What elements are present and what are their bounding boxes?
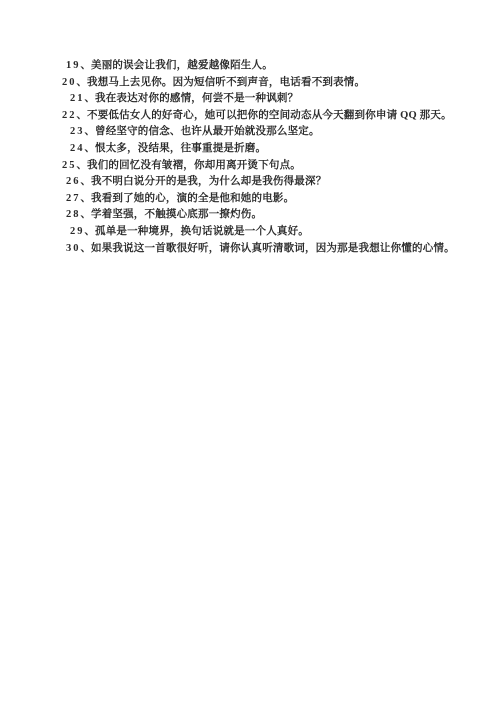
sentence-line: 21、我在表达对你的感情，何尝不是一种讽刺？ xyxy=(70,91,460,108)
sentence-number: 29 xyxy=(70,226,85,237)
sentence-number: 30 xyxy=(66,243,81,254)
sentence-number: 25 xyxy=(62,160,77,171)
sentence-line: 23、曾经坚守的信念、也许从最开始就没那么坚定。 xyxy=(70,124,460,141)
sentence-text: 我看到了她的心，演的全是他和她的电影。 xyxy=(91,193,294,204)
sentence-line: 25、我们的回忆没有皱褶，你却用离开烫下句点。 xyxy=(62,158,460,175)
sentence-line: 26、我不明白说分开的是我，为什么却是我伤得最深？ xyxy=(66,174,460,191)
sentence-text: 不要低估女人的好奇心，她可以把你的空间动态从今天翻到你申请 QQ 那天。 xyxy=(87,110,452,121)
sentence-number: 24 xyxy=(70,143,85,154)
sentence-number: 23 xyxy=(70,126,85,137)
sentence-separator: 、 xyxy=(85,93,96,104)
sentence-text: 曾经坚守的信念、也许从最开始就没那么坚定。 xyxy=(95,126,320,137)
sentence-number: 22 xyxy=(62,110,77,121)
sentence-text: 我想马上去见你。因为短信听不到声音，电话看不到表情。 xyxy=(87,77,365,88)
sentence-separator: 、 xyxy=(81,243,92,254)
sentence-number: 21 xyxy=(70,93,85,104)
sentence-line: 24、恨太多，没结果，往事重提是折磨。 xyxy=(70,141,460,158)
sentence-text: 如果我说这一首歌很好听，请你认真听清歌词，因为那是我想让你懂的心情。 xyxy=(91,243,455,254)
sentence-separator: 、 xyxy=(85,143,96,154)
sentence-number: 20 xyxy=(62,77,77,88)
sentence-separator: 、 xyxy=(77,160,88,171)
sentence-text: 美丽的误会让我们，越爱越像陌生人。 xyxy=(91,60,273,71)
sentence-text: 孤单是一种境界，换句话说就是一个人真好。 xyxy=(95,226,309,237)
sentence-text: 学着坚强，不触摸心底那一撩灼伤。 xyxy=(91,209,262,220)
sentence-text: 我在表达对你的感情，何尝不是一种讽刺？ xyxy=(95,93,298,104)
sentence-separator: 、 xyxy=(77,77,88,88)
sentence-separator: 、 xyxy=(81,176,92,187)
sentence-line: 19、美丽的误会让我们，越爱越像陌生人。 xyxy=(66,58,460,75)
sentence-number: 26 xyxy=(66,176,81,187)
sentence-separator: 、 xyxy=(81,209,92,220)
sentence-text: 我们的回忆没有皱褶，你却用离开烫下句点。 xyxy=(87,160,301,171)
sentence-separator: 、 xyxy=(85,226,96,237)
sentence-line: 30、如果我说这一首歌很好听，请你认真听清歌词，因为那是我想让你懂的心情。 xyxy=(66,241,460,258)
sentence-line: 27、我看到了她的心，演的全是他和她的电影。 xyxy=(66,191,460,208)
sentence-line: 22、不要低估女人的好奇心，她可以把你的空间动态从今天翻到你申请 QQ 那天。 xyxy=(62,108,460,125)
sentence-line: 20、我想马上去见你。因为短信听不到声音，电话看不到表情。 xyxy=(62,75,460,92)
document-page: 19、美丽的误会让我们，越爱越像陌生人。 20、我想马上去见你。因为短信听不到声… xyxy=(0,0,500,708)
sentence-number: 19 xyxy=(66,60,81,71)
sentence-separator: 、 xyxy=(81,60,92,71)
sentence-number: 27 xyxy=(66,193,81,204)
sentence-line: 28、学着坚强，不触摸心底那一撩灼伤。 xyxy=(66,207,460,224)
sentence-line: 29、孤单是一种境界，换句话说就是一个人真好。 xyxy=(70,224,460,241)
sentence-separator: 、 xyxy=(81,193,92,204)
sentence-text: 我不明白说分开的是我，为什么却是我伤得最深？ xyxy=(91,176,326,187)
sentence-number: 28 xyxy=(66,209,81,220)
sentence-separator: 、 xyxy=(85,126,96,137)
sentence-list: 19、美丽的误会让我们，越爱越像陌生人。 20、我想马上去见你。因为短信听不到声… xyxy=(66,58,460,257)
sentence-text: 恨太多，没结果，往事重提是折磨。 xyxy=(95,143,266,154)
sentence-separator: 、 xyxy=(77,110,88,121)
